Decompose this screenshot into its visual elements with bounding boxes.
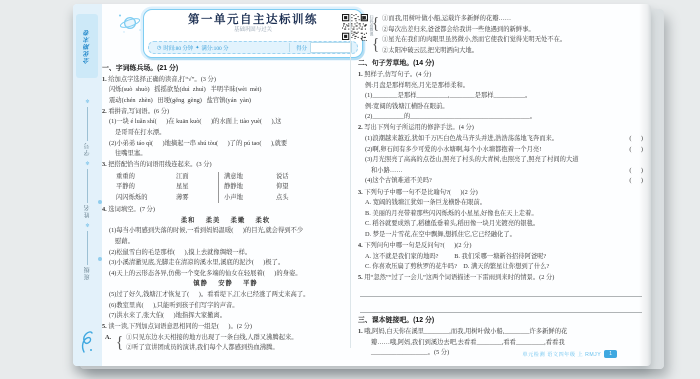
- text-line: (6)教室里真( ),只能听到孩子们写字的声音。: [102, 301, 349, 312]
- right-column: B.①而我,用树叶做小船,运载许多新鲜的花瓣…… ②每次出差归来,爸爸都会给我讲…: [358, 14, 644, 359]
- question-number: 4.: [358, 242, 363, 249]
- question-number: 1.: [358, 328, 363, 335]
- line-text: (1)一块 é luǎn shí( )在 kuān kuò( )的水面上 tià…: [109, 118, 281, 125]
- student-field: ✻ 姓名: [73, 162, 102, 218]
- text-line: (2)啊,卵石间有多少可爱的小水塘啊,每个小水塘都抱着一个月亮!( ): [358, 145, 644, 156]
- clock-icon: ◷: [157, 45, 161, 51]
- snowflake-icon: ✻: [85, 162, 89, 168]
- text-line: 慰藉。: [102, 237, 349, 248]
- question-number: 2.: [358, 124, 363, 131]
- text-line: 5.读一读,下列加点词语意思相同的一组是( )。(2 分): [102, 322, 349, 333]
- text-line: B. 美丽的月亮带着那些闪闪烁烁的小星星,好像也在天上走着。: [358, 209, 644, 220]
- text-line: 例:宽阔的钱塘江横卧在眼前。: [358, 102, 644, 113]
- text-line: 1.照样子,仿写句子。(4 分): [358, 70, 644, 81]
- line-text: B. 美丽的月亮带着那些闪闪烁烁的小星星,好像也在天上走着。: [365, 210, 538, 217]
- line-text: (2)小弟弟 táo qì( )地摘起一串 shú tòu( )了的 pú ta…: [109, 140, 287, 147]
- text-line: (7)洪水来了,张大伯( )地指挥大家撤离。: [102, 311, 349, 322]
- snowflake-icon: ✻: [85, 100, 89, 106]
- match-divider: [218, 182, 219, 192]
- question-number: 5.: [102, 323, 107, 330]
- write-line: [87, 169, 88, 203]
- line-text: (3)小溪清澈见底,光脚走在清凉的溪水里,溪底的泥沙( )极了。: [109, 259, 284, 266]
- line-text: 下列问句中哪一句是反问句?( )(2 分): [364, 242, 471, 249]
- text-line: 闪烁(suò shuò) 摇摇欲坠(duì zhuì) 半明半昧(wèi mèi…: [102, 85, 349, 96]
- text-line: [360, 284, 642, 297]
- snowflake-icon: ✻: [85, 224, 89, 230]
- line-text: (4)天上的云形态各异,仿佛一个变化多端的仙女在轻展着( )的身姿。: [109, 270, 302, 277]
- line-text: (2)松鼠雪白的毛是那样( ),摸上去就像绸缎一样。: [109, 249, 251, 256]
- line-text: 例:宽阔的钱塘江横卧在眼前。: [365, 103, 449, 110]
- footer-text: 单元检测 语文四年级 上 RMJY: [522, 351, 601, 358]
- text-line: 镇静 安静 平静: [102, 279, 349, 290]
- text-line: 5.用“忽然”“过了一会儿”这两个词语描述一下雷雨到来时的情景。(2 分): [358, 273, 644, 284]
- text-line: 是哥哥在打水漂。: [102, 128, 349, 139]
- right-lines: B.①而我,用树叶做小船,运载许多新鲜的花瓣…… ②每次出差归来,爸爸都会给我讲…: [358, 14, 644, 359]
- line-text: ②每次出差归来,爸爸都会给我讲一些他遇到的新鲜事。: [382, 26, 535, 33]
- star-icon: ✦: [195, 45, 199, 51]
- line-text: 照样子,仿写句子。(4 分): [364, 71, 431, 78]
- text-line: 往嘴里塞。: [102, 149, 349, 160]
- line-text: D. 梦是一片雪花,在空中飘舞,想抓住它,它已经融化了。: [365, 231, 516, 238]
- line-text: 把搭配恰当的词语用线连起来。(3 分): [108, 161, 211, 168]
- question-number: 2.: [102, 108, 107, 115]
- match-b: 星星: [176, 182, 212, 192]
- page-footer: 单元检测 语文四年级 上 RMJY 1: [522, 350, 617, 358]
- text-line: 3.下列句子中哪一句不是比喻句?( )(2 分): [358, 188, 644, 199]
- line-text: A. 这不就是我们家的地吗? B. 我们采哪一塘新谷招待阿爸呢?: [365, 253, 546, 260]
- text-line: 4.下列问句中哪一句是反问句?( )(2 分): [358, 241, 644, 252]
- text-line: (1)每当小明感到失落的时候,一看到妈妈温暖( )的目光,就会得到不少: [102, 226, 349, 237]
- line-text: 看拼音,写词语。(6 分): [108, 108, 169, 115]
- text-line: 震动(chén zhèn) 田埂(gěng gèng) 盐官镇(yán yàn): [102, 96, 349, 107]
- line-text: C. 稻谷就要成熟了,稻穗低垂着头,稻田像一块月光镀亮的银毯。: [365, 220, 539, 227]
- line-text: (1)每当小明感到失落的时候,一看到妈妈温暖( )的目光,就会得到不少: [109, 227, 303, 234]
- question-number: 5.: [358, 274, 363, 281]
- line-text: (3)月光照亮了高高的点苍山,照亮了村头的大青树,也照亮了,照亮了村间的大道: [365, 156, 579, 163]
- line-text: 往嘴里塞。: [115, 150, 146, 157]
- line-text: A. 宽阔的钱塘江犹如一条巨龙横卧在眼前。: [365, 199, 486, 206]
- text-line: 和小路……( ): [358, 166, 644, 177]
- line-text: (1)浪潮越来越近,犹如千万匹白色战马齐头并进,浩浩荡荡地飞奔而来。: [365, 135, 558, 142]
- line-text: 闪烁(suò shuò) 摇摇欲坠(duì zhuì) 半明半昧(wèi mèi…: [109, 86, 262, 93]
- text-line: A. 宽阔的钱塘江犹如一条巨龙横卧在眼前。: [358, 198, 644, 209]
- test-header: 第一单元自主达标训练 基础巩固与过关 ◷ 时间:80 分钟 ✦ 满分:100 分…: [143, 9, 363, 58]
- match-b: 薄雾: [176, 193, 212, 203]
- student-field-label: 姓名: [83, 204, 92, 218]
- text-line: 1.哦,阿妈,白天你在溪里________,而我,用树叶做小船,________…: [358, 327, 644, 338]
- text-line: (5)过了好久,钱塘江才恢复了( )。看看堤下,江水已经涨了两丈来高了。: [102, 290, 349, 301]
- text-line: (3)小溪清澈见底,光脚走在清凉的溪水里,溪底的泥沙( )极了。: [102, 258, 349, 269]
- text-line: 2.写出下列句子所运用的修辞手法。(4 分): [358, 123, 644, 134]
- text-line: ②太阳冲破云层,把光明洒向大地。: [358, 46, 644, 57]
- match-b: 江面: [176, 172, 212, 182]
- line-text: (6)教室里真( ),只能听到孩子们写字的声音。: [109, 302, 239, 309]
- write-line: [87, 231, 88, 265]
- line-text: ①只见东边水天相接的地方出现了一条白线,人群又沸腾起来。: [126, 334, 298, 341]
- line-text: 哦,阿妈,白天你在溪里________,而我,用树叶做小船,________许多…: [364, 328, 567, 335]
- text-line: (4)天上的云形态各异,仿佛一个变化多端的仙女在轻展着( )的身姿。: [102, 269, 349, 280]
- text-line: 4.选词填空。(7 分): [102, 205, 349, 216]
- text-line: A. 这不就是我们家的地吗? B. 我们采哪一塘新谷招待阿爸呢?: [358, 252, 644, 263]
- match-row: 平静的星星静静地仰望: [116, 182, 349, 192]
- question-number: 1.: [358, 71, 363, 78]
- text-line: (4)这个古镇难道不美吗?( ): [358, 176, 644, 187]
- question-number: 3.: [358, 189, 363, 196]
- left-lines-bottom: 4.选词填空。(7 分) 柔和 柔美 柔嫩 柔软 (1)每当小明感到失落的时候,…: [102, 205, 349, 354]
- student-field: ✻ 学号: [73, 100, 102, 156]
- line-text: ②听了宣讲团成员的演讲,我们每个人都感到热血沸腾。: [126, 344, 279, 351]
- left-column: 一、字词练兵场。(21 分) 1.给加点字选择正确的读音,打“√”。(3 分) …: [102, 61, 349, 354]
- text-line: (3)月光照亮了高高的点苍山,照亮了村头的大青树,也照亮了,照亮了村间的大道: [358, 155, 644, 166]
- text-line: 1.给加点字选择正确的读音,打“√”。(3 分): [102, 75, 349, 86]
- page-title: 第一单元自主达标训练: [144, 14, 362, 27]
- full-score-label: 满分:100 分: [201, 44, 228, 52]
- line-text: 用“忽然”“过了一会儿”这两个词语描述一下雷雨到来时的情景。(2 分): [364, 274, 554, 281]
- text-line: 柔和 柔美 柔嫩 柔软: [102, 216, 349, 227]
- match-c: 小声地: [224, 193, 276, 203]
- match-a: 重重的: [116, 172, 176, 182]
- line-text: 三、课本链接吧。(12 分): [358, 317, 434, 324]
- line-text: ②太阳冲破云层,把光明洒向大地。: [382, 47, 478, 54]
- line-text: 下列句子中哪一句不是比喻句?( )(2 分): [364, 189, 478, 196]
- text-line: 一、字词练兵场。(21 分): [102, 64, 349, 75]
- match-d: 仰望: [276, 182, 312, 192]
- match-d: 说话: [276, 172, 312, 182]
- line-text: 读一读,下列加点词语意思相同的一组是( )。(2 分): [108, 323, 252, 330]
- page-number-badge: 1: [604, 350, 617, 358]
- line-text: 是哥哥在打水漂。: [115, 129, 165, 136]
- match-a: 平静的: [116, 182, 176, 192]
- text-line: 2.看拼音,写词语。(6 分): [102, 107, 349, 118]
- left-lines-top: 一、字词练兵场。(21 分) 1.给加点字选择正确的读音,打“√”。(3 分) …: [102, 64, 349, 171]
- text-line: [360, 300, 642, 313]
- text-line: B.①而我,用树叶做小船,运载许多新鲜的花瓣……: [358, 14, 644, 25]
- column-divider: [350, 14, 351, 348]
- line-text: 给加点字选择正确的读音,打“√”。(3 分): [108, 76, 216, 83]
- text-line: ②每次出差归来,爸爸都会给我讲一些他遇到的新鲜事。: [358, 25, 644, 36]
- worksheet-page: 全优期末卷 ✻ 学号 ✻ 姓名 ✻ 班级: [73, 4, 651, 366]
- line-text: 震动(chén zhèn) 田埂(gěng gèng) 盐官镇(yán yàn): [109, 97, 251, 104]
- text-line: (2)小弟弟 táo qì( )地摘起一串 shú tòu( )了的 pú ta…: [102, 139, 349, 150]
- line-text: (1)________是那样__________,________是那样____…: [365, 92, 531, 99]
- match-c: 静静地: [224, 182, 276, 192]
- line-text: 和小路……: [371, 167, 402, 174]
- text-line: 三、课本链接吧。(12 分): [358, 316, 644, 327]
- line-text: (7)洪水来了,张大伯( )地指挥大家撤离。: [109, 312, 226, 319]
- line-text: 瓣……哦,阿妈,我们到溪边去吧,去看看________,看看_________,…: [371, 339, 565, 346]
- line-text: 写出下列句子所运用的修辞手法。(4 分): [364, 124, 474, 131]
- line-text: C. 你喜欢压扁了剪秋罗的花牛吗? D. 满天的繁星让你想到了什么?: [365, 263, 549, 270]
- student-field: ✻ 班级: [73, 224, 102, 280]
- publisher-logo-icon: [78, 326, 96, 361]
- time-info: ◷ 时间:80 分钟 ✦ 满分:100 分: [149, 44, 229, 52]
- time-score-bar: ◷ 时间:80 分钟 ✦ 满分:100 分 得分: [148, 41, 358, 54]
- question-number: B.: [361, 14, 367, 25]
- question-number: C.: [361, 35, 367, 46]
- text-line: ②听了宣讲团成员的演讲,我们每个人都感到热血沸腾。: [102, 343, 349, 354]
- text-line: D. 梦是一片雪花,在空中飘舞,想抓住它,它已经融化了。: [358, 230, 644, 241]
- planet-doodle-icon: [117, 12, 143, 39]
- text-line: 二、句子芳草地。(14 分): [358, 59, 644, 70]
- match-grid: 重重的江面满意地说话 平静的星星静静地仰望 闪闪烁烁的薄雾小声地点头: [102, 172, 349, 203]
- page-curl-shadow: [639, 4, 651, 366]
- page-subtitle: 基础巩固与过关: [144, 27, 362, 34]
- line-text: 二、句子芳草地。(14 分): [358, 60, 434, 67]
- text-line: (2)__________的__________________________…: [358, 112, 644, 123]
- line-text: ①星光在我们的肉眼里虽然微小,然而它使我们觉得光明无处不在。: [382, 36, 566, 43]
- line-text: ①而我,用树叶做小船,运载许多新鲜的花瓣……: [382, 15, 511, 22]
- line-text: __________________。(5 分): [371, 349, 449, 356]
- line-text: 选词填空。(7 分): [108, 206, 155, 213]
- score-label: 得分: [296, 44, 307, 52]
- text-line: C.①星光在我们的肉眼里虽然微小,然而它使我们觉得光明无处不在。: [358, 35, 644, 46]
- line-text: 例:月盘是那样明亮,月光是那样柔和。: [365, 82, 469, 89]
- text-line: (2)松鼠雪白的毛是那样( ),摸上去就像绸缎一样。: [102, 248, 349, 259]
- question-number: 3.: [102, 161, 107, 168]
- write-line: [87, 107, 88, 141]
- time-label: 时间:80 分钟: [163, 44, 193, 52]
- match-row: 闪闪烁烁的薄雾小声地点头: [116, 193, 349, 203]
- student-field-label: 学号: [83, 142, 92, 156]
- brand-box: 全优期末卷: [76, 14, 98, 78]
- student-field-label: 班级: [83, 266, 92, 280]
- question-number: 4.: [102, 206, 107, 213]
- match-divider: [218, 193, 219, 203]
- text-line: 例:月盘是那样明亮,月光是那样柔和。: [358, 81, 644, 92]
- text-line: (1)一块 é luǎn shí( )在 kuān kuò( )的水面上 tià…: [102, 117, 349, 128]
- line-text: (4)这个古镇难道不美吗?: [365, 177, 432, 184]
- line-text: 慰藉。: [115, 238, 134, 245]
- text-line: A.①只见东边水天相接的地方出现了一条白线,人群又沸腾起来。: [102, 333, 349, 344]
- line-text: 柔和 柔美 柔嫩 柔软: [181, 217, 270, 224]
- text-line: 瓣……哦,阿妈,我们到溪边去吧,去看看________,看看_________,…: [358, 338, 644, 349]
- text-line: C. 稻谷就要成熟了,稻穗低垂着头,稻田像一块月光镀亮的银毯。: [358, 219, 644, 230]
- line-text: (2)__________的__________________________…: [365, 113, 536, 120]
- match-c: 满意地: [224, 172, 276, 182]
- match-a: 闪闪烁烁的: [116, 193, 176, 203]
- match-row: 重重的江面满意地说话: [116, 172, 349, 182]
- brand-vertical-text: 全优期末卷: [83, 29, 92, 64]
- match-divider: [218, 172, 219, 182]
- match-d: 点头: [276, 193, 312, 203]
- text-line: 3.把搭配恰当的词语用线连起来。(3 分): [102, 160, 349, 171]
- text-line: (1)浪潮越来越近,犹如千万匹白色战马齐头并进,浩浩荡荡地飞奔而来。( ): [358, 134, 644, 145]
- line-text: 镇静 安静 平静: [193, 280, 257, 287]
- line-text: (2)啊,卵石间有多少可爱的小水塘啊,每个小水塘都抱着一个月亮!: [365, 146, 541, 153]
- left-binding-strip: 全优期末卷 ✻ 学号 ✻ 姓名 ✻ 班级: [73, 4, 102, 366]
- text-line: (1)________是那样__________,________是那样____…: [358, 91, 644, 102]
- line-text: 一、字词练兵场。(21 分): [102, 65, 178, 72]
- question-number: A.: [105, 333, 111, 344]
- question-number: 1.: [102, 76, 107, 83]
- line-text: (5)过了好久,钱塘江才恢复了( )。看看堤下,江水已经涨了两丈来高了。: [109, 291, 309, 298]
- text-line: C. 你喜欢压扁了剪秋罗的花牛吗? D. 满天的繁星让你想到了什么?: [358, 262, 644, 273]
